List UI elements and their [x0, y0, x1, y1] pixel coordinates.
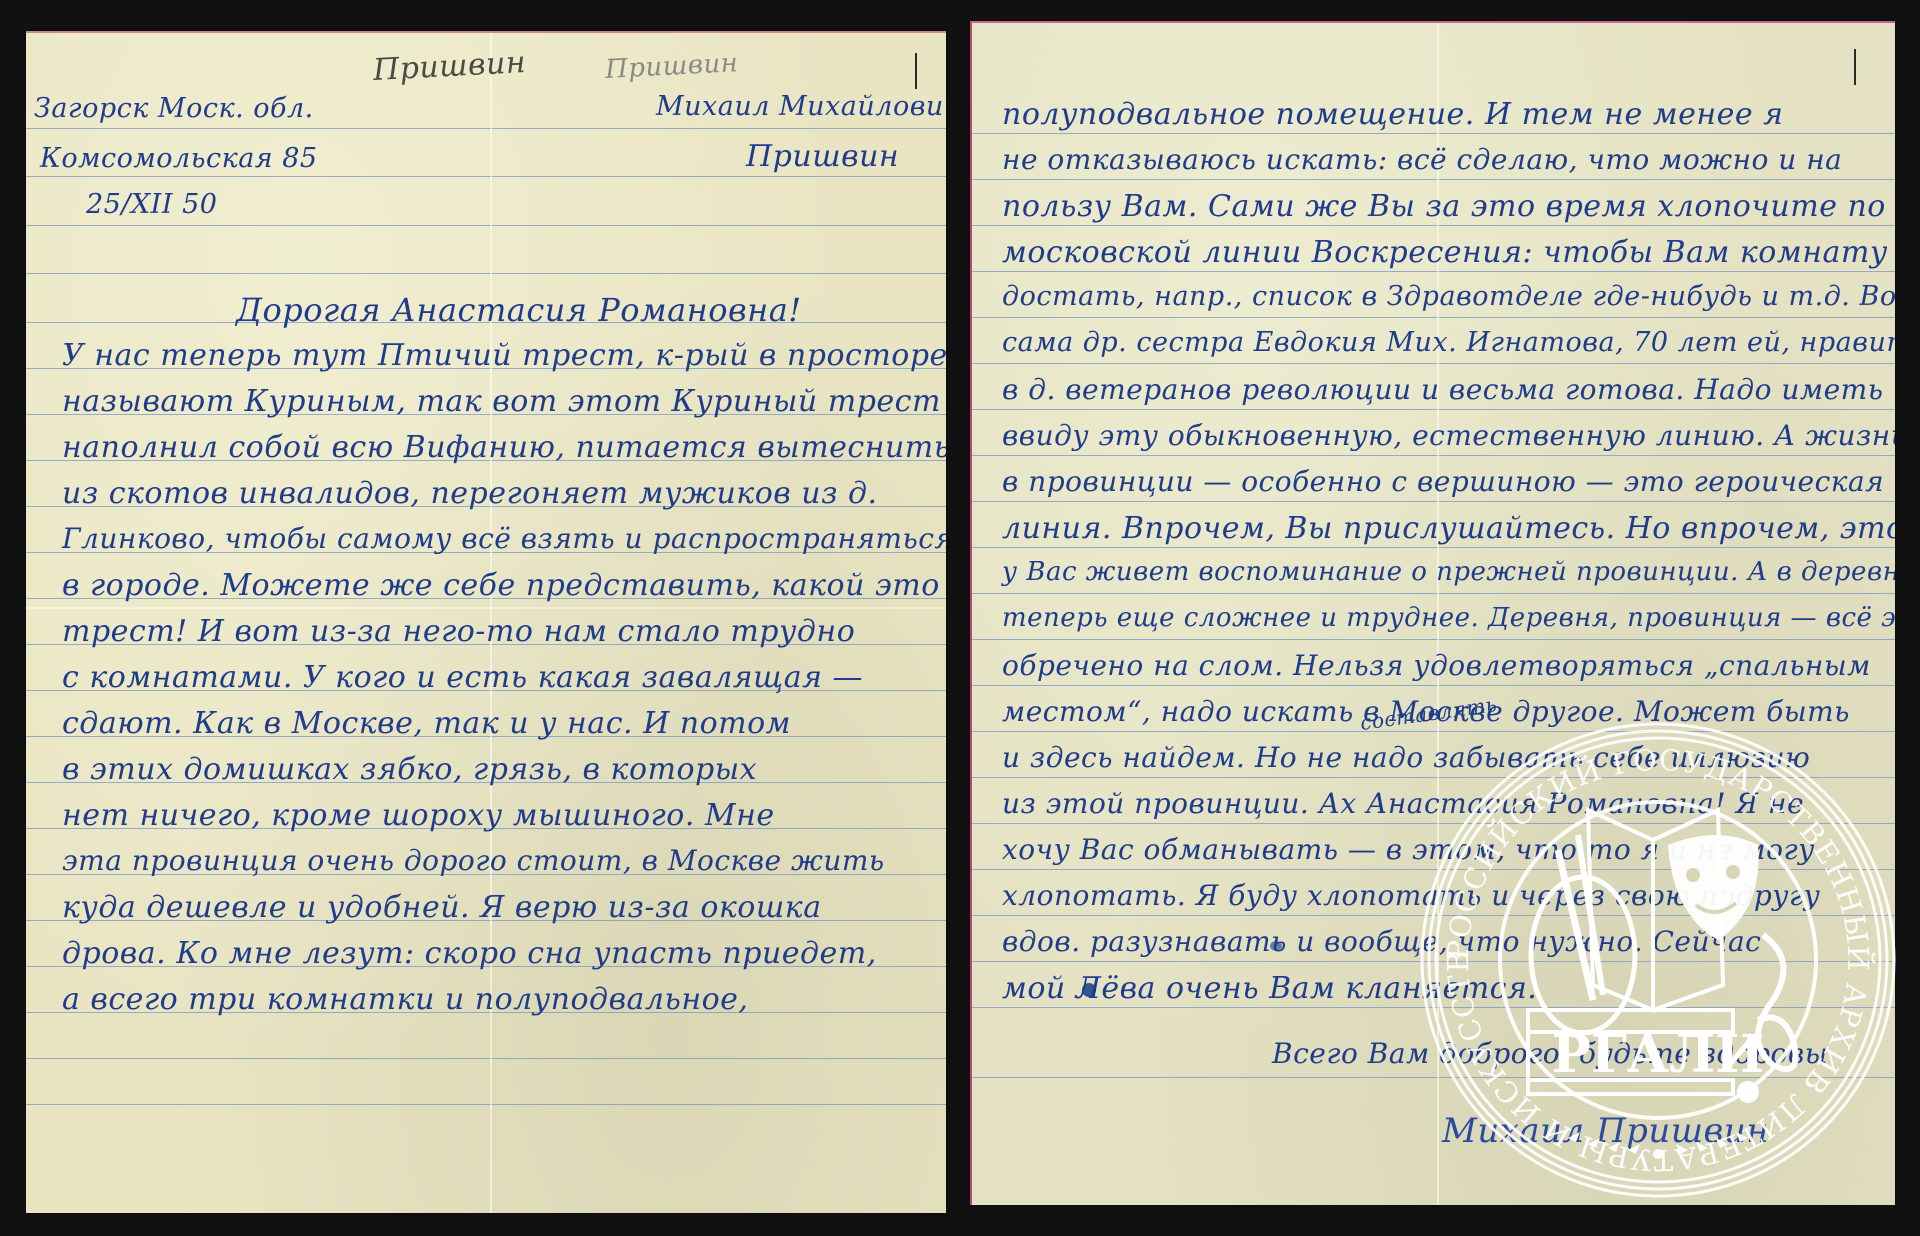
letter-signature: Михаил Пришвин	[1442, 1111, 1769, 1151]
letter-greeting: Дорогая Анастасия Романовна!	[236, 291, 802, 329]
letter-closing: Всего Вам доброго, будьте здоровы	[1272, 1037, 1828, 1070]
letter-line: достать, напр., список в Здравотделе где…	[1002, 281, 1895, 312]
ruled-line	[26, 1104, 946, 1105]
letter-line: из этой провинции. Ах Анастасия Романовн…	[1002, 787, 1804, 820]
letter-line: сдают. Как в Москве, так и у нас. И пото…	[62, 706, 791, 741]
sender-address-line2: Комсомольская 85	[40, 143, 318, 174]
letter-line: линия. Впрочем, Вы прислушайтесь. Но впр…	[1002, 511, 1895, 546]
letter-line: а всего три комнатки и полуподвальное,	[62, 982, 748, 1017]
ruled-line	[972, 1007, 1895, 1008]
ruled-line	[972, 271, 1895, 272]
ruled-line	[972, 915, 1895, 916]
letter-line: у Вас живет воспоминание о прежней прови…	[1002, 557, 1895, 587]
letter-line: не отказываюсь искать: всё сделаю, что м…	[1002, 143, 1842, 176]
ruled-line	[972, 501, 1895, 502]
letter-line: наполнил собой всю Вифанию, питается выт…	[62, 430, 946, 465]
ink-blot	[1082, 983, 1096, 997]
ruled-line	[972, 455, 1895, 456]
letter-line: нет ничего, кроме шороху мышиного. Мне	[62, 798, 775, 833]
letter-line: в городе. Можете же себе представить, ка…	[62, 568, 940, 603]
sender-name-line1: Михаил Михайлович	[656, 91, 946, 122]
letter-line: из скотов инвалидов, перегоняет мужиков …	[62, 476, 878, 511]
page-number-mark	[915, 53, 917, 89]
letter-page-right: полуподвальное помещение. И тем не менее…	[970, 21, 1895, 1205]
letter-line: дрова. Ко мне лезут: скоро сна упасть пр…	[62, 936, 877, 971]
letter-line: Глинково, чтобы самому всё взять и распр…	[62, 522, 946, 555]
letter-line: вдов. разузнавать и вообще, что нужно. С…	[1002, 925, 1761, 958]
ruled-line	[972, 133, 1895, 134]
ruled-line	[972, 777, 1895, 778]
ruled-line	[972, 685, 1895, 686]
ruled-line	[972, 1077, 1895, 1078]
letter-line: обречено на слом. Нельзя удовлетворяться…	[1002, 649, 1871, 682]
letter-line: трест! И вот из-за него-то нам стало тру…	[62, 614, 855, 649]
letter-line: с комнатами. У кого и есть какая завалящ…	[62, 660, 863, 695]
letter-line: хочу Вас обманывать — в этом, что то я и…	[1002, 833, 1815, 866]
letter-line: в этих домишках зябко, грязь, в которых	[62, 752, 757, 787]
ruled-line	[972, 731, 1895, 732]
letter-line: пользу Вам. Сами же Вы за это время хлоп…	[1002, 189, 1886, 224]
letter-line: хлопотать. Я буду хлопотать и через свою…	[1002, 879, 1820, 912]
ruled-line	[972, 547, 1895, 548]
letter-line: и здесь найдем. Но не надо забывать себе…	[1002, 741, 1810, 774]
ruled-line	[972, 225, 1895, 226]
ruled-line	[972, 823, 1895, 824]
letter-date: 25/XII 50	[86, 189, 217, 220]
letter-line: в д. ветеранов революции и весьма готова…	[1002, 373, 1883, 406]
letter-line: называют Куриным, так вот этот Куриный т…	[62, 384, 941, 419]
ruled-line	[972, 639, 1895, 640]
ruled-line	[972, 317, 1895, 318]
ruled-line	[26, 225, 946, 226]
letter-line: эта провинция очень дорого стоит, в Моск…	[62, 844, 885, 877]
ruled-line	[26, 273, 946, 274]
ruled-line	[26, 1058, 946, 1059]
sender-name-line2: Пришвин	[746, 139, 899, 174]
ruled-line	[972, 961, 1895, 962]
pencil-note-light: Пришвин	[604, 48, 739, 85]
letter-page-left: Пришвин Пришвин Загорск Моск. обл. Комсо…	[26, 31, 946, 1213]
ink-blot	[1270, 941, 1282, 951]
ruled-line	[972, 179, 1895, 180]
ruled-line	[972, 409, 1895, 410]
ruled-line	[972, 363, 1895, 364]
ruled-line	[26, 176, 946, 177]
paper-fold	[26, 607, 946, 609]
ruled-line	[26, 128, 946, 129]
ruled-line	[972, 593, 1895, 594]
ruled-line	[972, 869, 1895, 870]
page-number-mark	[1854, 49, 1856, 85]
letter-line: теперь еще сложнее и труднее. Деревня, п…	[1002, 603, 1895, 633]
letter-line: московской линии Воскресения: чтобы Вам …	[1002, 235, 1888, 270]
letter-line: полуподвальное помещение. И тем не менее…	[1002, 97, 1784, 132]
letter-line: сама др. сестра Евдокия Мих. Игнатова, 7…	[1002, 327, 1895, 358]
letter-line: У нас теперь тут Птичий трест, к-рый в п…	[62, 338, 946, 373]
letter-line: в провинции — особенно с вершиною — это …	[1002, 465, 1884, 498]
pencil-note-dark: Пришвин	[372, 45, 527, 88]
letter-line: куда дешевле и удобней. Я верю из-за око…	[62, 890, 822, 925]
letter-line: ввиду эту обыкновенную, естественную лин…	[1002, 419, 1895, 452]
sender-address-line1: Загорск Моск. обл.	[34, 93, 314, 124]
